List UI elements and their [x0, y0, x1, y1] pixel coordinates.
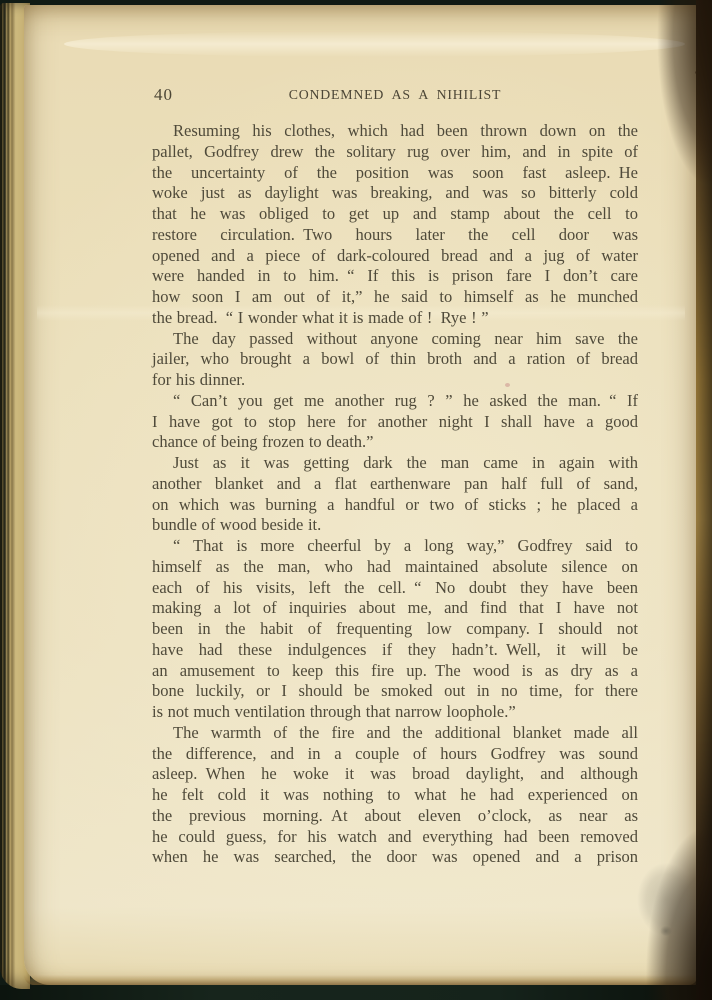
text-line: bundle of wood beside it. [152, 515, 638, 536]
text-line: himself as the man, who had maintained a… [152, 557, 638, 578]
page-header: 40 CONDEMNED AS A NIHILIST [152, 85, 638, 103]
background-bottom-band [0, 985, 712, 1000]
text-line: “ Can’t you get me another rug ? ” he as… [152, 391, 638, 412]
text-line: is not much ventilation through that nar… [152, 702, 638, 723]
text-line: The day passed without anyone coming nea… [152, 329, 638, 350]
text-line: the bread. “ I wonder what it is made of… [152, 308, 638, 329]
text-line: each of his visits, left the cell. “ No … [152, 578, 638, 599]
text-line: chance of being frozen to death.” [152, 432, 638, 453]
text-line: bone luckily, or I should be smoked out … [152, 681, 638, 702]
text-line: another blanket and a flat earthenware p… [152, 474, 638, 495]
paragraph: Resuming his clothes, which had been thr… [152, 121, 638, 329]
text-line: the uncertainty of the position was soon… [152, 163, 638, 184]
text-line: I have got to stop here for another nigh… [152, 412, 638, 433]
text-line: restore circulation. Two hours later the… [152, 225, 638, 246]
book-page: 40 CONDEMNED AS A NIHILIST Resuming his … [24, 5, 698, 985]
paper-speck [505, 383, 510, 387]
text-line: he could guess, for his watch and everyt… [152, 827, 638, 848]
text-line: Just as it was getting dark the man came… [152, 453, 638, 474]
text-line: the difference, and in a couple of hours… [152, 744, 638, 765]
paragraph: “ Can’t you get me another rug ? ” he as… [152, 391, 638, 453]
paragraph: Just as it was getting dark the man came… [152, 453, 638, 536]
text-line: have had these indulgences if they hadn’… [152, 640, 638, 661]
text-line: “ That is more cheerful by a long way,” … [152, 536, 638, 557]
paragraph: The warmth of the fire and the additiona… [152, 723, 638, 868]
text-line: jailer, who brought a bowl of thin broth… [152, 349, 638, 370]
paper-fold-highlight [64, 31, 684, 57]
paragraph: The day passed without anyone coming nea… [152, 329, 638, 391]
text-line: woke just as daylight was breaking, and … [152, 183, 638, 204]
text-line: were handed in to him. “ If this is pris… [152, 266, 638, 287]
text-line: making a lot of inquiries about me, and … [152, 598, 638, 619]
text-line: opened and a piece of dark-coloured brea… [152, 246, 638, 267]
page-bottom-edge [24, 975, 698, 985]
shadow-top-right [648, 0, 712, 190]
text-line: he felt cold it was nothing to what he h… [152, 785, 638, 806]
text-line: been in the habit of frequenting low com… [152, 619, 638, 640]
text-line: The warmth of the fire and the additiona… [152, 723, 638, 744]
text-line: pallet, Godfrey drew the solitary rug ov… [152, 142, 638, 163]
text-line: an amusement to keep this fire up. The w… [152, 661, 638, 682]
text-line: when he was searched, the door was opene… [152, 847, 638, 868]
text-line: that he was obliged to get up and stamp … [152, 204, 638, 225]
ink-smudge-dot [658, 924, 674, 938]
text-line: asleep. When he woke it was broad daylig… [152, 764, 638, 785]
text-line: Resuming his clothes, which had been thr… [152, 121, 638, 142]
text-line: on which was burning a handful or two of… [152, 495, 638, 516]
text-line: the previous morning. At about eleven o’… [152, 806, 638, 827]
text-line: how soon I am out of it,” he said to him… [152, 287, 638, 308]
text-line: for his dinner. [152, 370, 638, 391]
page-text: Resuming his clothes, which had been thr… [152, 121, 638, 868]
book-scan: 40 CONDEMNED AS A NIHILIST Resuming his … [0, 0, 712, 1000]
running-title: CONDEMNED AS A NIHILIST [152, 87, 638, 103]
paragraph: “ That is more cheerful by a long way,” … [152, 536, 638, 723]
